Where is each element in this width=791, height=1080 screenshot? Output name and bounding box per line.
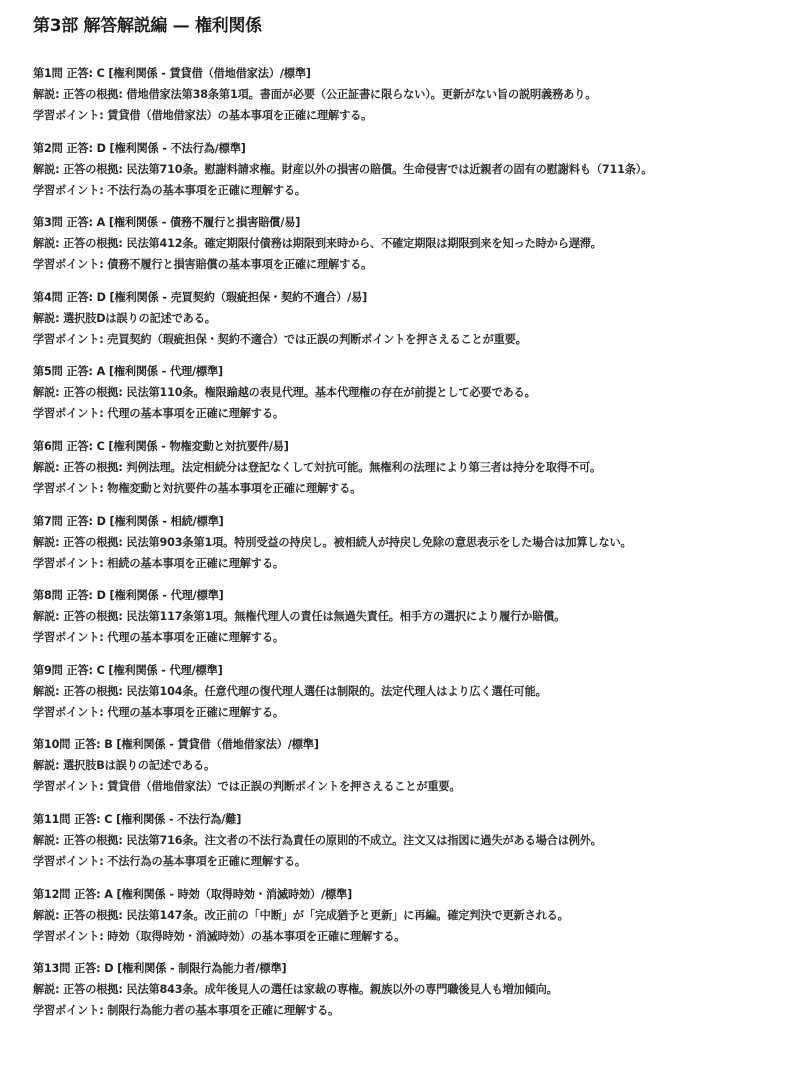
question-header: 第8問 正答: D [権利関係 - 代理/標準]	[33, 585, 791, 606]
question-item-5: 第5問 正答: A [権利関係 - 代理/標準] 解説: 正答の根拠: 民法第1…	[33, 361, 791, 424]
question-item-6: 第6問 正答: C [権利関係 - 物権変動と対抗要件/易] 解説: 正答の根拠…	[33, 436, 791, 499]
question-explanation: 解説: 正答の根拠: 民法第110条。権限踰越の表見代理。基本代理権の存在が前提…	[33, 382, 791, 403]
question-learning-point: 学習ポイント: 相続の基本事項を正確に理解する。	[33, 553, 791, 574]
question-learning-point: 学習ポイント: 賃貸借（借地借家法）の基本事項を正確に理解する。	[33, 105, 791, 126]
question-explanation: 解説: 正答の根拠: 民法第903条第1項。特別受益の持戻し。被相続人が持戻し免…	[33, 532, 791, 553]
question-learning-point: 学習ポイント: 不法行為の基本事項を正確に理解する。	[33, 180, 791, 201]
question-item-12: 第12問 正答: A [権利関係 - 時効（取得時効・消滅時効）/標準] 解説:…	[33, 884, 791, 947]
document-page: 第3部 解答解説編 — 権利関係 第1問 正答: C [権利関係 - 賃貸借（借…	[0, 0, 791, 1080]
question-header: 第9問 正答: C [権利関係 - 代理/標準]	[33, 660, 791, 681]
question-item-13: 第13問 正答: D [権利関係 - 制限行為能力者/標準] 解説: 正答の根拠…	[33, 958, 791, 1021]
question-explanation: 解説: 正答の根拠: 借地借家法第38条第1項。書面が必要（公正証書に限らない）…	[33, 84, 791, 105]
question-learning-point: 学習ポイント: 時効（取得時効・消滅時効）の基本事項を正確に理解する。	[33, 926, 791, 947]
question-item-3: 第3問 正答: A [権利関係 - 債務不履行と損害賠償/易] 解説: 正答の根…	[33, 212, 791, 275]
question-learning-point: 学習ポイント: 物権変動と対抗要件の基本事項を正確に理解する。	[33, 478, 791, 499]
question-explanation: 解説: 正答の根拠: 民法第843条。成年後見人の選任は家裁の専権。親族以外の専…	[33, 979, 791, 1000]
question-item-9: 第9問 正答: C [権利関係 - 代理/標準] 解説: 正答の根拠: 民法第1…	[33, 660, 791, 723]
question-learning-point: 学習ポイント: 代理の基本事項を正確に理解する。	[33, 702, 791, 723]
question-learning-point: 学習ポイント: 制限行為能力者の基本事項を正確に理解する。	[33, 1000, 791, 1021]
question-explanation: 解説: 正答の根拠: 民法第117条第1項。無権代理人の責任は無過失責任。相手方…	[33, 606, 791, 627]
question-explanation: 解説: 選択肢Bは誤りの記述である。	[33, 755, 791, 776]
question-header: 第5問 正答: A [権利関係 - 代理/標準]	[33, 361, 791, 382]
question-item-7: 第7問 正答: D [権利関係 - 相続/標準] 解説: 正答の根拠: 民法第9…	[33, 511, 791, 574]
question-item-11: 第11問 正答: C [権利関係 - 不法行為/難] 解説: 正答の根拠: 民法…	[33, 809, 791, 872]
question-explanation: 解説: 正答の根拠: 判例法理。法定相続分は登記なくして対抗可能。無権利の法理に…	[33, 457, 791, 478]
question-header: 第4問 正答: D [権利関係 - 売買契約（瑕疵担保・契約不適合）/易]	[33, 287, 791, 308]
question-item-1: 第1問 正答: C [権利関係 - 賃貸借（借地借家法）/標準] 解説: 正答の…	[33, 63, 791, 126]
question-header: 第7問 正答: D [権利関係 - 相続/標準]	[33, 511, 791, 532]
question-explanation: 解説: 正答の根拠: 民法第104条。任意代理の復代理人選任は制限的。法定代理人…	[33, 681, 791, 702]
question-header: 第6問 正答: C [権利関係 - 物権変動と対抗要件/易]	[33, 436, 791, 457]
question-list: 第1問 正答: C [権利関係 - 賃貸借（借地借家法）/標準] 解説: 正答の…	[33, 63, 791, 1021]
question-explanation: 解説: 正答の根拠: 民法第716条。注文者の不法行為責任の原則的不成立。注文又…	[33, 830, 791, 851]
question-item-10: 第10問 正答: B [権利関係 - 賃貸借（借地借家法）/標準] 解説: 選択…	[33, 734, 791, 797]
question-header: 第2問 正答: D [権利関係 - 不法行為/標準]	[33, 138, 791, 159]
question-learning-point: 学習ポイント: 債務不履行と損害賠償の基本事項を正確に理解する。	[33, 254, 791, 275]
question-learning-point: 学習ポイント: 代理の基本事項を正確に理解する。	[33, 627, 791, 648]
question-header: 第1問 正答: C [権利関係 - 賃貸借（借地借家法）/標準]	[33, 63, 791, 84]
question-item-8: 第8問 正答: D [権利関係 - 代理/標準] 解説: 正答の根拠: 民法第1…	[33, 585, 791, 648]
question-item-2: 第2問 正答: D [権利関係 - 不法行為/標準] 解説: 正答の根拠: 民法…	[33, 138, 791, 201]
question-learning-point: 学習ポイント: 不法行為の基本事項を正確に理解する。	[33, 851, 791, 872]
question-explanation: 解説: 正答の根拠: 民法第412条。確定期限付債務は期限到来時から、不確定期限…	[33, 233, 791, 254]
question-explanation: 解説: 正答の根拠: 民法第147条。改正前の「中断」が「完成猶予と更新」に再編…	[33, 905, 791, 926]
question-explanation: 解説: 正答の根拠: 民法第710条。慰謝料請求権。財産以外の損害の賠償。生命侵…	[33, 159, 791, 180]
question-header: 第12問 正答: A [権利関係 - 時効（取得時効・消滅時効）/標準]	[33, 884, 791, 905]
question-learning-point: 学習ポイント: 売買契約（瑕疵担保・契約不適合）では正誤の判断ポイントを押さえる…	[33, 329, 791, 350]
question-header: 第11問 正答: C [権利関係 - 不法行為/難]	[33, 809, 791, 830]
question-header: 第10問 正答: B [権利関係 - 賃貸借（借地借家法）/標準]	[33, 734, 791, 755]
question-header: 第13問 正答: D [権利関係 - 制限行為能力者/標準]	[33, 958, 791, 979]
question-item-4: 第4問 正答: D [権利関係 - 売買契約（瑕疵担保・契約不適合）/易] 解説…	[33, 287, 791, 350]
page-title: 第3部 解答解説編 — 権利関係	[33, 14, 791, 38]
question-learning-point: 学習ポイント: 代理の基本事項を正確に理解する。	[33, 403, 791, 424]
question-explanation: 解説: 選択肢Dは誤りの記述である。	[33, 308, 791, 329]
question-header: 第3問 正答: A [権利関係 - 債務不履行と損害賠償/易]	[33, 212, 791, 233]
question-learning-point: 学習ポイント: 賃貸借（借地借家法）では正誤の判断ポイントを押さえることが重要。	[33, 776, 791, 797]
